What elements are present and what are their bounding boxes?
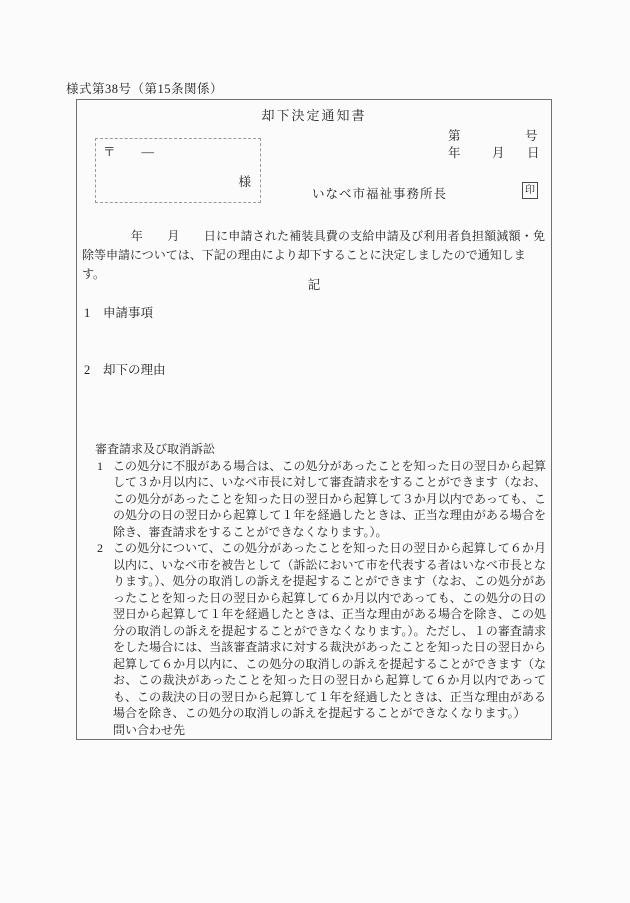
ki-heading: 記 [77,275,551,293]
notice-body-line1: 年 月 日に申請された補装具費の支給申請及び利用者負担額減額・免 [82,227,545,246]
recipient-address-box: 〒— 様 [95,138,261,203]
doc-number-suffix: 号 [525,126,538,144]
notice-frame: 却下決定通知書 第 号 年 月 日 〒— 様 いなべ市福祉事務所長 印 年 月 … [76,99,552,740]
postal-code-dash: — [142,145,155,159]
section-1-label: 申請事項 [103,306,153,320]
recipient-honorific: 様 [238,172,251,190]
appeal-item-2: 2 この処分について、この処分があったことを知った日の翌日から起算して６か月以内… [95,540,546,722]
issuer-name: いなべ市福祉事務所長 [312,184,447,202]
doc-number-prefix: 第 [448,126,461,144]
appeal-item-2-number: 2 [97,540,103,557]
appeal-information-block: 審査請求及び取消訴訟 1 この処分に不服がある場合は、この処分があったことを知っ… [95,441,546,738]
section-rejection-reason: 2却下の理由 [84,360,166,378]
section-1-number: 1 [84,306,103,321]
appeal-item-1-number: 1 [97,458,103,475]
postal-mark-icon: 〒 [103,145,116,159]
date-day-label: 日 [527,143,540,161]
appeal-item-1: 1 この処分に不服がある場合は、この処分があったことを知った日の翌日から起算して… [95,458,546,541]
postal-code-row: 〒— [103,142,154,160]
seal-mark: 印 [522,182,538,199]
section-2-label: 却下の理由 [103,363,166,377]
appeal-item-2-text: この処分について、この処分があったことを知った日の翌日から起算して６か月以内に、… [113,541,546,720]
date-year-label: 年 [448,143,461,161]
section-2-number: 2 [84,363,103,378]
section-application-items: 1申請事項 [84,303,153,321]
form-number-label: 様式第38号（第15条関係） [66,79,223,97]
appeal-item-1-text: この処分に不服がある場合は、この処分があったことを知った日の翌日から起算して３か… [113,459,546,539]
document-title: 却下決定通知書 [77,105,551,124]
contact-label: 問い合わせ先 [95,722,546,739]
date-month-label: 月 [492,143,505,161]
appeal-heading: 審査請求及び取消訴訟 [95,441,546,458]
